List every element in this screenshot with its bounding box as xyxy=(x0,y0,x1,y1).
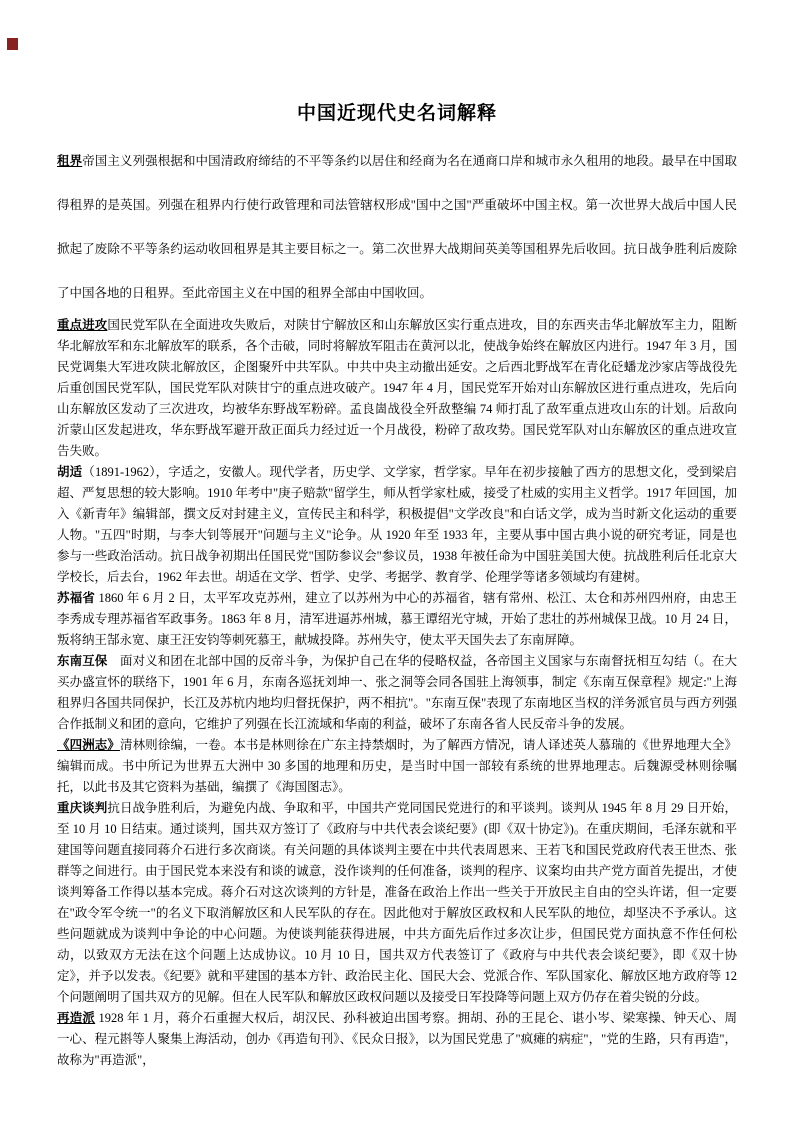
entry-text: 1860 年 6 月 2 日，太平军攻克苏州，建立了以苏州为中心的苏福省，辖有常… xyxy=(57,591,737,647)
entry-paragraph: 租界帝国主义列强根据和中国清政府缔结的不平等条约以居住和经商为名在通商口岸和城市… xyxy=(57,139,737,315)
page-title: 中国近现代史名词解释 xyxy=(57,0,737,127)
entry-paragraph: 东南互保 面对义和团在北部中国的反帝斗争，为保护自己在华的侵略权益，各帝国主义国… xyxy=(57,651,737,735)
entry-paragraph: 再造派 1928 年 1 月，蒋介石重握大权后，胡汉民、孙科被迫出国考察。拥胡、… xyxy=(57,1008,737,1071)
entry-paragraph: 重庆谈判抗日战争胜利后，为避免内战、争取和平，中国共产党同国民党进行的和平谈判。… xyxy=(57,798,737,1008)
entry-term: 《四洲志》 xyxy=(57,738,120,752)
red-square-marker xyxy=(7,38,18,50)
entry-paragraph: 重点进攻国民党军队在全面进攻失败后，对陕甘宁解放区和山东解放区实行重点进攻，目的… xyxy=(57,315,737,462)
entry-text: 清林则徐编，一卷。本书是林则徐在广东主持禁烟时，为了解西方情况，请人译述英人慕瑞… xyxy=(57,738,737,794)
document-content: 中国近现代史名词解释 租界帝国主义列强根据和中国清政府缔结的不平等条约以居住和经… xyxy=(57,0,737,1071)
entry-paragraph: 胡适（1891-1962），字适之，安徽人。现代学者，历史学、文学家，哲学家。早… xyxy=(57,462,737,588)
entry-term: 重点进攻 xyxy=(57,318,107,332)
entry-term: 胡适 xyxy=(57,465,82,479)
entry-paragraph: 苏福省 1860 年 6 月 2 日，太平军攻克苏州，建立了以苏州为中心的苏福省… xyxy=(57,588,737,651)
entry-text: 帝国主义列强根据和中国清政府缔结的不平等条约以居住和经商为名在通商口岸和城市永久… xyxy=(57,154,737,300)
entry-term: 再造派 xyxy=(57,1011,95,1025)
entry-text: 国民党军队在全面进攻失败后，对陕甘宁解放区和山东解放区实行重点进攻，目的东西夹击… xyxy=(57,318,737,458)
entry-term: 租界 xyxy=(57,154,82,168)
entry-term: 东南互保 xyxy=(57,654,107,668)
entry-text: 抗日战争胜利后，为避免内战、争取和平，中国共产党同国民党进行的和平谈判。谈判从 … xyxy=(57,801,737,1004)
entry-text: 面对义和团在北部中国的反帝斗争，为保护自己在华的侵略权益，各帝国主义国家与东南督… xyxy=(57,654,737,731)
entry-text: （1891-1962），字适之，安徽人。现代学者，历史学、文学家，哲学家。早年在… xyxy=(57,465,737,584)
entry-paragraph: 《四洲志》清林则徐编，一卷。本书是林则徐在广东主持禁烟时，为了解西方情况，请人译… xyxy=(57,735,737,798)
entry-term: 重庆谈判 xyxy=(57,801,107,815)
entry-term: 苏福省 xyxy=(57,591,95,605)
entry-text: 1928 年 1 月，蒋介石重握大权后，胡汉民、孙科被迫出国考察。拥胡、孙的王昆… xyxy=(57,1011,737,1067)
document-page: 中国近现代史名词解释 租界帝国主义列强根据和中国清政府缔结的不平等条约以居住和经… xyxy=(0,0,794,1123)
